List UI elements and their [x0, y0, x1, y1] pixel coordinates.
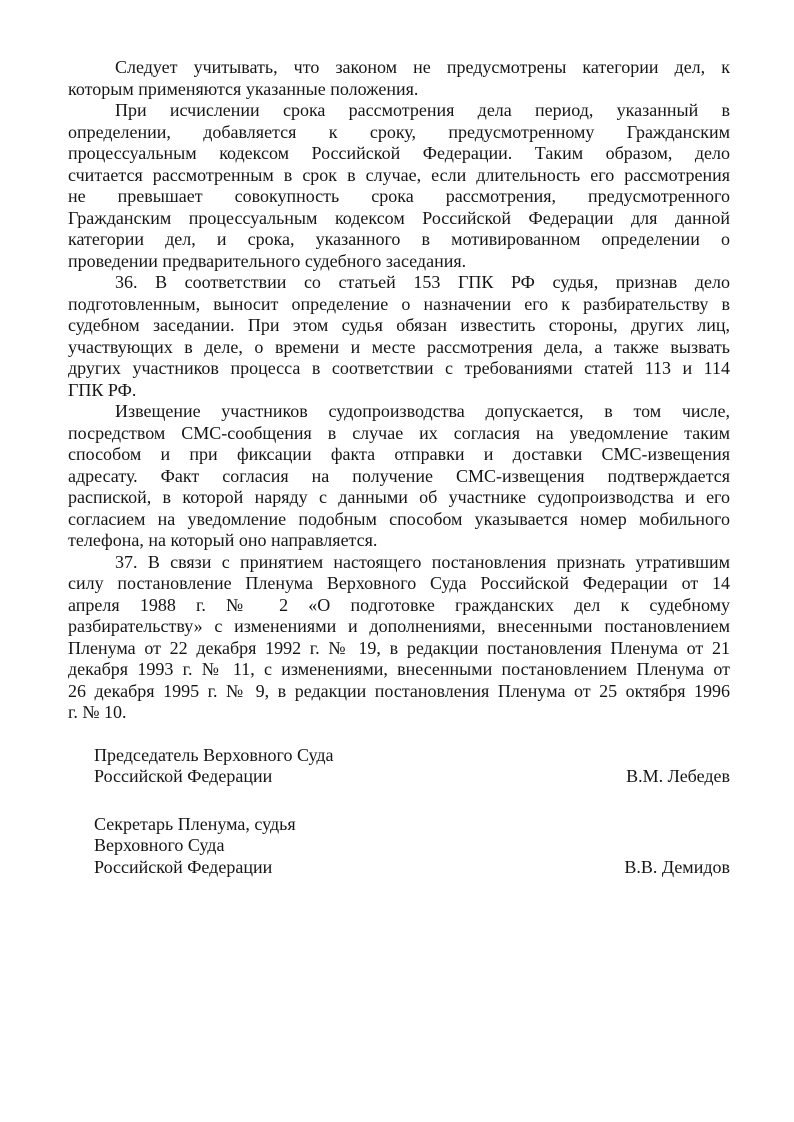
signature-row: Секретарь Пленума, судья	[94, 814, 730, 836]
text-line: согласием на уведомление подобным способ…	[68, 509, 730, 531]
text-line: декабря 1993 г. № 11, с изменениями, вне…	[68, 659, 730, 681]
text-line: Гражданским процессуальным кодексом Росс…	[68, 208, 730, 230]
signature-name: В.М. Лебедев	[626, 766, 730, 788]
paragraph: Извещение участников судопроизводства до…	[68, 401, 730, 552]
text-line: ГПК РФ.	[68, 380, 730, 402]
text-line: Пленума от 22 декабря 1992 г. № 19, в ре…	[68, 638, 730, 660]
signature-row: Российской ФедерацииВ.В. Демидов	[94, 857, 730, 879]
text-line: способом и при фиксации факта отправки и…	[68, 444, 730, 466]
paragraph: Следует учитывать, что законом не предус…	[68, 57, 730, 100]
text-line: подготовленным, выносит определение о на…	[68, 294, 730, 316]
signature-block: Председатель Верховного СудаРоссийской Ф…	[68, 745, 730, 788]
paragraph: При исчислении срока рассмотрения дела п…	[68, 100, 730, 272]
signature-title-line: Секретарь Пленума, судья	[94, 814, 296, 836]
text-line: проведении предварительного судебного за…	[68, 251, 730, 273]
text-line: телефона, на который оно направляется.	[68, 530, 730, 552]
text-line: судебном заседании. При этом судья обяза…	[68, 315, 730, 337]
document-body: Следует учитывать, что законом не предус…	[68, 57, 730, 878]
text-line: определении, добавляется к сроку, предус…	[68, 122, 730, 144]
text-line: других участников процесса в соответстви…	[68, 358, 730, 380]
text-line: апреля 1988 г. № 2 «О подготовке граждан…	[68, 595, 730, 617]
text-line: 26 декабря 1995 г. № 9, в редакции поста…	[68, 681, 730, 703]
text-line: которым применяются указанные положения.	[68, 79, 730, 101]
text-line: При исчислении срока рассмотрения дела п…	[68, 100, 730, 122]
signature-title-line: Верховного Суда	[94, 835, 224, 857]
paragraph: 37. В связи с принятием настоящего поста…	[68, 552, 730, 724]
signature-row: Председатель Верховного Суда	[94, 745, 730, 767]
document-page: Следует учитывать, что законом не предус…	[0, 0, 794, 1122]
text-line: процессуальным кодексом Российской Федер…	[68, 143, 730, 165]
text-line: участвующих в деле, о времени и месте ра…	[68, 337, 730, 359]
text-line: силу постановление Пленума Верховного Су…	[68, 573, 730, 595]
text-line: посредством СМС-сообщения в случае их со…	[68, 423, 730, 445]
text-line: считается рассмотренным в срок в случае,…	[68, 165, 730, 187]
signature-row: Верховного Суда	[94, 835, 730, 857]
signature-block: Секретарь Пленума, судьяВерховного СудаР…	[68, 814, 730, 879]
signature-title-line: Председатель Верховного Суда	[94, 745, 334, 767]
text-line: Извещение участников судопроизводства до…	[68, 401, 730, 423]
signature-title-line: Российской Федерации	[94, 857, 272, 879]
text-line: категории дел, и срока, указанного в мот…	[68, 229, 730, 251]
text-line: г. № 10.	[68, 702, 730, 724]
signature-name: В.В. Демидов	[624, 857, 730, 879]
text-line: распиской, в которой наряду с данными об…	[68, 487, 730, 509]
signature-row: Российской ФедерацииВ.М. Лебедев	[94, 766, 730, 788]
text-line: адресату. Факт согласия на получение СМС…	[68, 466, 730, 488]
text-line: не превышает совокупность срока рассмотр…	[68, 186, 730, 208]
text-line: Следует учитывать, что законом не предус…	[68, 57, 730, 79]
text-line: 36. В соответствии со статьей 153 ГПК РФ…	[68, 272, 730, 294]
text-line: разбирательству» с изменениями и дополне…	[68, 616, 730, 638]
paragraph: 36. В соответствии со статьей 153 ГПК РФ…	[68, 272, 730, 401]
text-line: 37. В связи с принятием настоящего поста…	[68, 552, 730, 574]
signature-title-line: Российской Федерации	[94, 766, 272, 788]
